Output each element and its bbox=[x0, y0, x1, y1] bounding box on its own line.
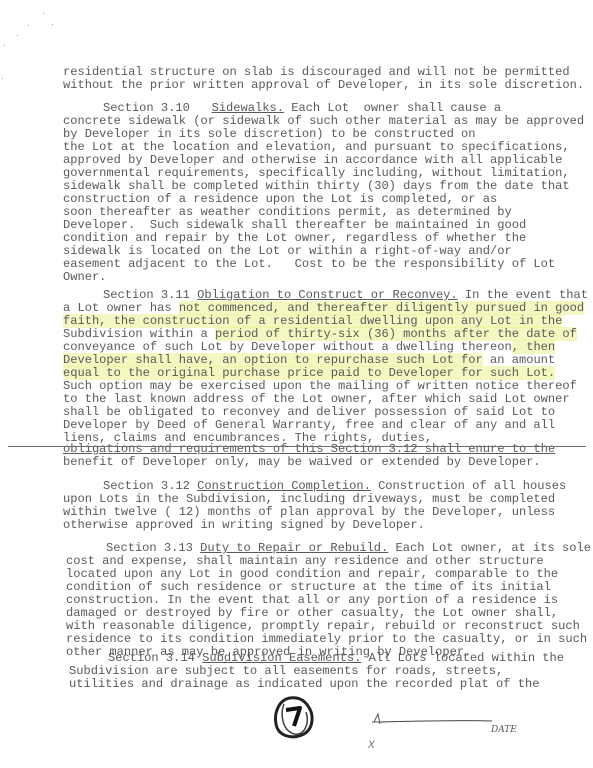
highlighted-text: Developer shall have, an option to repur… bbox=[63, 353, 483, 367]
signature-line: DATE bbox=[370, 710, 530, 746]
highlighted-text: faith, the construction of a residential… bbox=[63, 314, 562, 328]
highlighted-text: , then bbox=[512, 340, 555, 354]
section-line: otherwise approved in writing signed by … bbox=[63, 519, 425, 532]
section-title: Sidewalks. bbox=[212, 101, 284, 115]
section-text: a Lot owner has not commenced, and there… bbox=[63, 301, 584, 315]
section-title: Construction Completion. bbox=[197, 479, 371, 493]
section-text: Each Lot owner, at its sole bbox=[396, 541, 591, 555]
section-number: Section 3.12 bbox=[103, 479, 190, 493]
highlighted-text: period of thirty-six (36) months after t… bbox=[215, 327, 577, 341]
section-text: Each Lot owner shall cause a bbox=[291, 101, 501, 115]
highlighted-text: equal to the original purchase price pai… bbox=[63, 366, 555, 380]
section-number: Section 3.14 bbox=[108, 651, 195, 665]
section-line: easement adjacent to the Lot. Cost to be… bbox=[63, 258, 555, 271]
section-line: Owner. bbox=[63, 271, 106, 284]
signature-x-mark: X bbox=[368, 740, 375, 753]
section-title: Obligation to Construct or Reconvey. bbox=[197, 288, 458, 302]
section-title: Subdivision Easements. bbox=[202, 651, 361, 665]
section-number: Section 3.10 bbox=[103, 101, 190, 115]
date-label: DATE bbox=[490, 725, 517, 735]
highlighted-text: not commenced, and thereafter diligently… bbox=[179, 301, 584, 315]
section-text: Construction of all houses bbox=[378, 479, 566, 493]
section-line: benefit of Developer only, may be waived… bbox=[63, 456, 541, 469]
intro-line: without the prior written approval of De… bbox=[63, 79, 584, 92]
initials-mark bbox=[270, 694, 318, 742]
section-text: In the event that bbox=[465, 288, 588, 302]
section-number: Section 3.13 bbox=[106, 541, 193, 555]
section-number: Section 3.11 bbox=[103, 288, 190, 302]
section-text: All Lots located within the bbox=[369, 651, 564, 665]
section-title: Duty to Repair or Rebuild. bbox=[200, 541, 388, 555]
horizontal-rule bbox=[8, 446, 586, 447]
section-line: utilities and drainage as indicated upon… bbox=[69, 678, 539, 691]
document-page: residential structure on slab is discour… bbox=[0, 0, 593, 768]
